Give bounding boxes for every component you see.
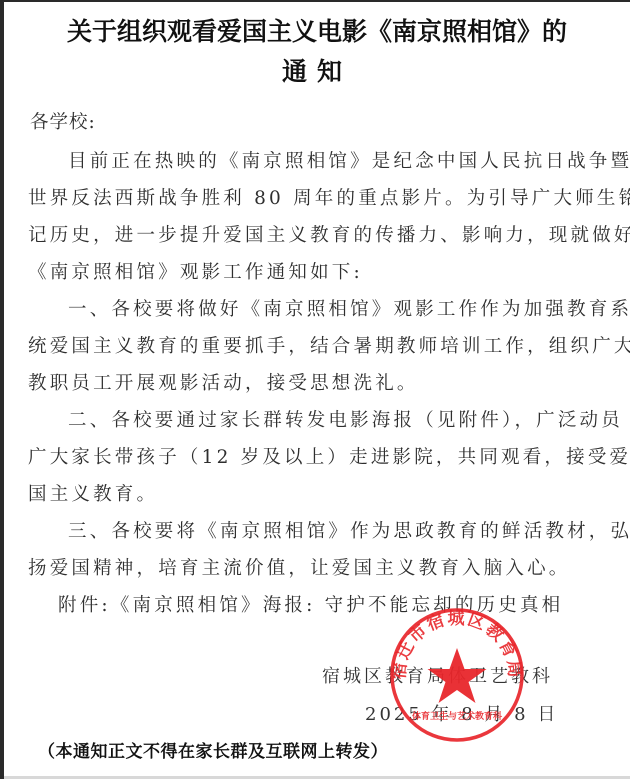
document-title-line2: 通知 <box>4 52 630 88</box>
document-page: 关于组织观看爱国主义电影《南京照相馆》的 通知 各学校: 目前正在热映的《南京照… <box>4 2 630 776</box>
signature-org: 宿城区教育局体卫艺教科 <box>322 662 553 688</box>
paragraph-line: 教职员工开展观影活动，接受思想洗礼。 <box>28 369 419 395</box>
paragraph-line: 目前正在热映的《南京照相馆》是纪念中国人民抗日战争暨 <box>68 147 630 173</box>
paragraph-line: 二、各校要通过家长群转发电影海报（见附件），广泛动员 <box>68 406 623 432</box>
footer-note: （本通知正文不得在家长群及互联网上转发） <box>38 737 388 762</box>
paragraph-line: 统爱国主义教育的重要抓手，结合暑期教师培训工作，组织广大 <box>28 332 630 358</box>
paragraph-line: 扬爱国精神，培育主流价值，让爱国主义教育入脑入心。 <box>28 554 571 580</box>
paragraph-line: 世界反法西斯战争胜利 80 周年的重点影片。为引导广大师生铭 <box>28 184 630 210</box>
signature-date: 2025 年 8 月 8 日 <box>365 700 558 726</box>
paragraph-line: 三、各校要将《南京照相馆》作为思政教育的鲜活教材，弘 <box>68 517 630 543</box>
paragraph-line: 广大家长带孩子（12 岁及以上）走进影院，共同观看，接受爱 <box>28 443 630 469</box>
paragraph-line: 一、各校要将做好《南京照相馆》观影工作作为加强教育系 <box>68 295 630 321</box>
paragraph-line: 记历史，进一步提升爱国主义教育的传播力、影响力，现就做好 <box>28 221 630 247</box>
paragraph-line: 国主义教育。 <box>28 480 158 506</box>
paragraph-line: 《南京照相馆》观影工作通知如下: <box>28 258 363 284</box>
attachment-line: 附件:《南京照相馆》海报: 守护不能忘却的历史真相 <box>58 591 563 617</box>
salutation: 各学校: <box>30 108 96 134</box>
document-title-line1: 关于组织观看爱国主义电影《南京照相馆》的 <box>4 12 630 48</box>
